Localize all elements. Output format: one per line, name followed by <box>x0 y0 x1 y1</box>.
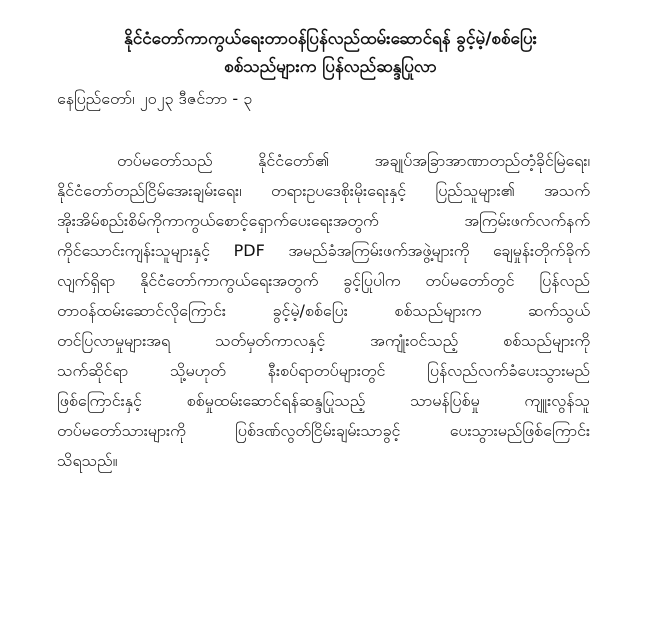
body-line: တပ်မတော်သားများကို ပြစ်ဒဏ်လွတ်ငြိမ်းချမ်… <box>57 416 590 446</box>
body-line: ကိုင်သောင်းကျန်းသူများနှင့် PDF အမည်ခံအက… <box>57 236 590 266</box>
headline-line-1: နိုင်ငံတော်ကာကွယ်ရေးတာဝန်ပြန်လည်ထမ်းဆောင… <box>40 26 621 52</box>
body-line: တာဝန်ထမ်းဆောင်လိုကြောင်း ခွင့်မဲ့/စစ်ပြေ… <box>57 296 590 326</box>
body-line-final: သိရသည်။ <box>57 446 590 476</box>
body-line: တင်ပြလာမှုများအရ သတ်မှတ်ကာလနှင့် အကျုံးဝ… <box>57 326 590 356</box>
body-line: လျက်ရှိရာ နိုင်ငံတော်ကာကွယ်ရေးအတွက် ခွင့… <box>57 266 590 296</box>
body-line: အိုးအိမ်စည်းစိမ်ကိုကာကွယ်စောင့်ရှောက်ပေး… <box>57 206 590 236</box>
body-line: ဖြစ်ကြောင်းနှင့် စစ်မှုထမ်းဆောင်ရန်ဆန္ဒပ… <box>57 386 590 416</box>
body-line: တပ်မတော်သည် နိုင်ငံတော်၏ အချုပ်အခြာအာဏာတ… <box>57 146 590 176</box>
headline-line-2: စစ်သည်များက ပြန်လည်ဆန္ဒပြုလာ <box>40 54 621 80</box>
article-body: တပ်မတော်သည် နိုင်ငံတော်၏ အချုပ်အခြာအာဏာတ… <box>57 146 590 476</box>
dateline: နေပြည်တော်၊ ၂၀၂၃ ဒီဇင်ဘာ - ၃ <box>57 86 252 112</box>
document-page: နိုင်ငံတော်ကာကွယ်ရေးတာဝန်ပြန်လည်ထမ်းဆောင… <box>0 0 661 641</box>
body-line: နိုင်ငံတော်တည်ငြိမ်အေးချမ်းရေး၊ တရားဥပဒေ… <box>57 176 590 206</box>
body-line: သက်ဆိုင်ရာ သို့မဟုတ် နီးစပ်ရာတပ်များတွင်… <box>57 356 590 386</box>
